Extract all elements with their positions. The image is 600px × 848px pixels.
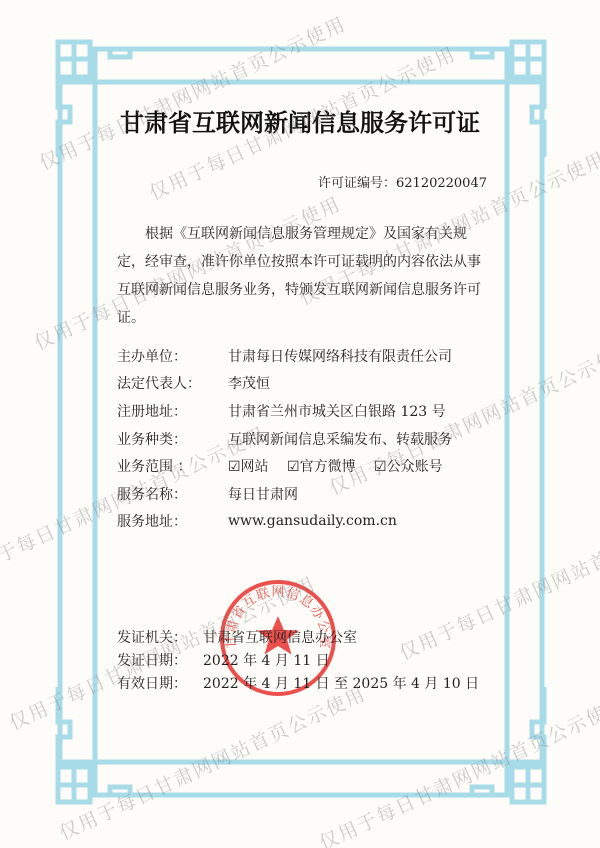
scope-website-checked: ☑网站	[228, 459, 269, 475]
field-label: 服务地址：	[117, 511, 228, 531]
license-number-label: 许可证编号：	[318, 176, 396, 191]
field-label: 注册地址：	[117, 401, 228, 421]
certificate-title: 甘肃省互联网新闻信息服务许可证	[0, 103, 600, 138]
field-validity-period: 有效日期： 2022 年 4 月 11 日 至 2025 年 4 月 10 日	[117, 671, 479, 694]
field-business-scope: 业务范围 ： ☑网站 ☑官方微博 ☑公众账号	[117, 452, 457, 480]
field-value: www.gansudaily.com.cn	[228, 513, 397, 529]
field-service-address: 服务地址： www.gansudaily.com.cn	[117, 508, 457, 536]
field-value: 甘肃省兰州市城关区白银路 123 号	[228, 401, 446, 421]
field-value: 2022 年 4 月 11 日 至 2025 年 4 月 10 日	[203, 673, 479, 693]
field-label: 业务种类：	[117, 429, 228, 449]
field-label: 发证机关：	[117, 627, 203, 647]
field-issuing-authority: 发证机关： 甘肃省互联网信息办公室	[117, 625, 479, 648]
paragraph-text: 根据《互联网新闻信息服务管理规定》及国家有关规定，经审查，准许你单位按照本许可证…	[117, 220, 493, 332]
field-label: 主办单位：	[117, 346, 228, 366]
field-label: 业务范围 ：	[117, 456, 228, 476]
field-value: 互联网新闻信息采编发布、转载服务	[228, 429, 452, 449]
scope-public-account-checked: ☑公众账号	[374, 459, 443, 475]
field-label: 法定代表人：	[117, 373, 228, 393]
field-service-name: 服务名称： 每日甘肃网	[117, 480, 457, 508]
field-label: 服务名称：	[117, 484, 228, 504]
license-fields: 主办单位： 甘肃每日传媒网络科技有限责任公司 法定代表人： 李茂恒 注册地址： …	[117, 342, 457, 535]
field-value: 李茂恒	[228, 373, 270, 393]
field-host-unit: 主办单位： 甘肃每日传媒网络科技有限责任公司	[117, 342, 457, 370]
issuer-section: 发证机关： 甘肃省互联网信息办公室 发证日期： 2022 年 4 月 11 日 …	[117, 625, 479, 694]
scope-options: ☑网站 ☑官方微博 ☑公众账号	[228, 456, 457, 476]
field-value: 每日甘肃网	[228, 484, 298, 504]
field-value: 2022 年 4 月 11 日	[203, 650, 330, 670]
field-business-type: 业务种类： 互联网新闻信息采编发布、转载服务	[117, 425, 457, 453]
license-number: 许可证编号：62120220047	[318, 172, 487, 191]
field-legal-representative: 法定代表人： 李茂恒	[117, 370, 457, 398]
scope-official-weibo-checked: ☑官方微博	[287, 459, 356, 475]
field-value: 甘肃省互联网信息办公室	[203, 627, 357, 647]
field-registered-address: 注册地址： 甘肃省兰州市城关区白银路 123 号	[117, 397, 457, 425]
field-label: 发证日期：	[117, 650, 203, 670]
field-issue-date: 发证日期： 2022 年 4 月 11 日	[117, 648, 479, 671]
authorization-paragraph: 根据《互联网新闻信息服务管理规定》及国家有关规定，经审查，准许你单位按照本许可证…	[117, 220, 493, 332]
field-label: 有效日期：	[117, 673, 203, 693]
field-value: 甘肃每日传媒网络科技有限责任公司	[228, 346, 452, 366]
license-number-value: 62120220047	[396, 176, 487, 191]
